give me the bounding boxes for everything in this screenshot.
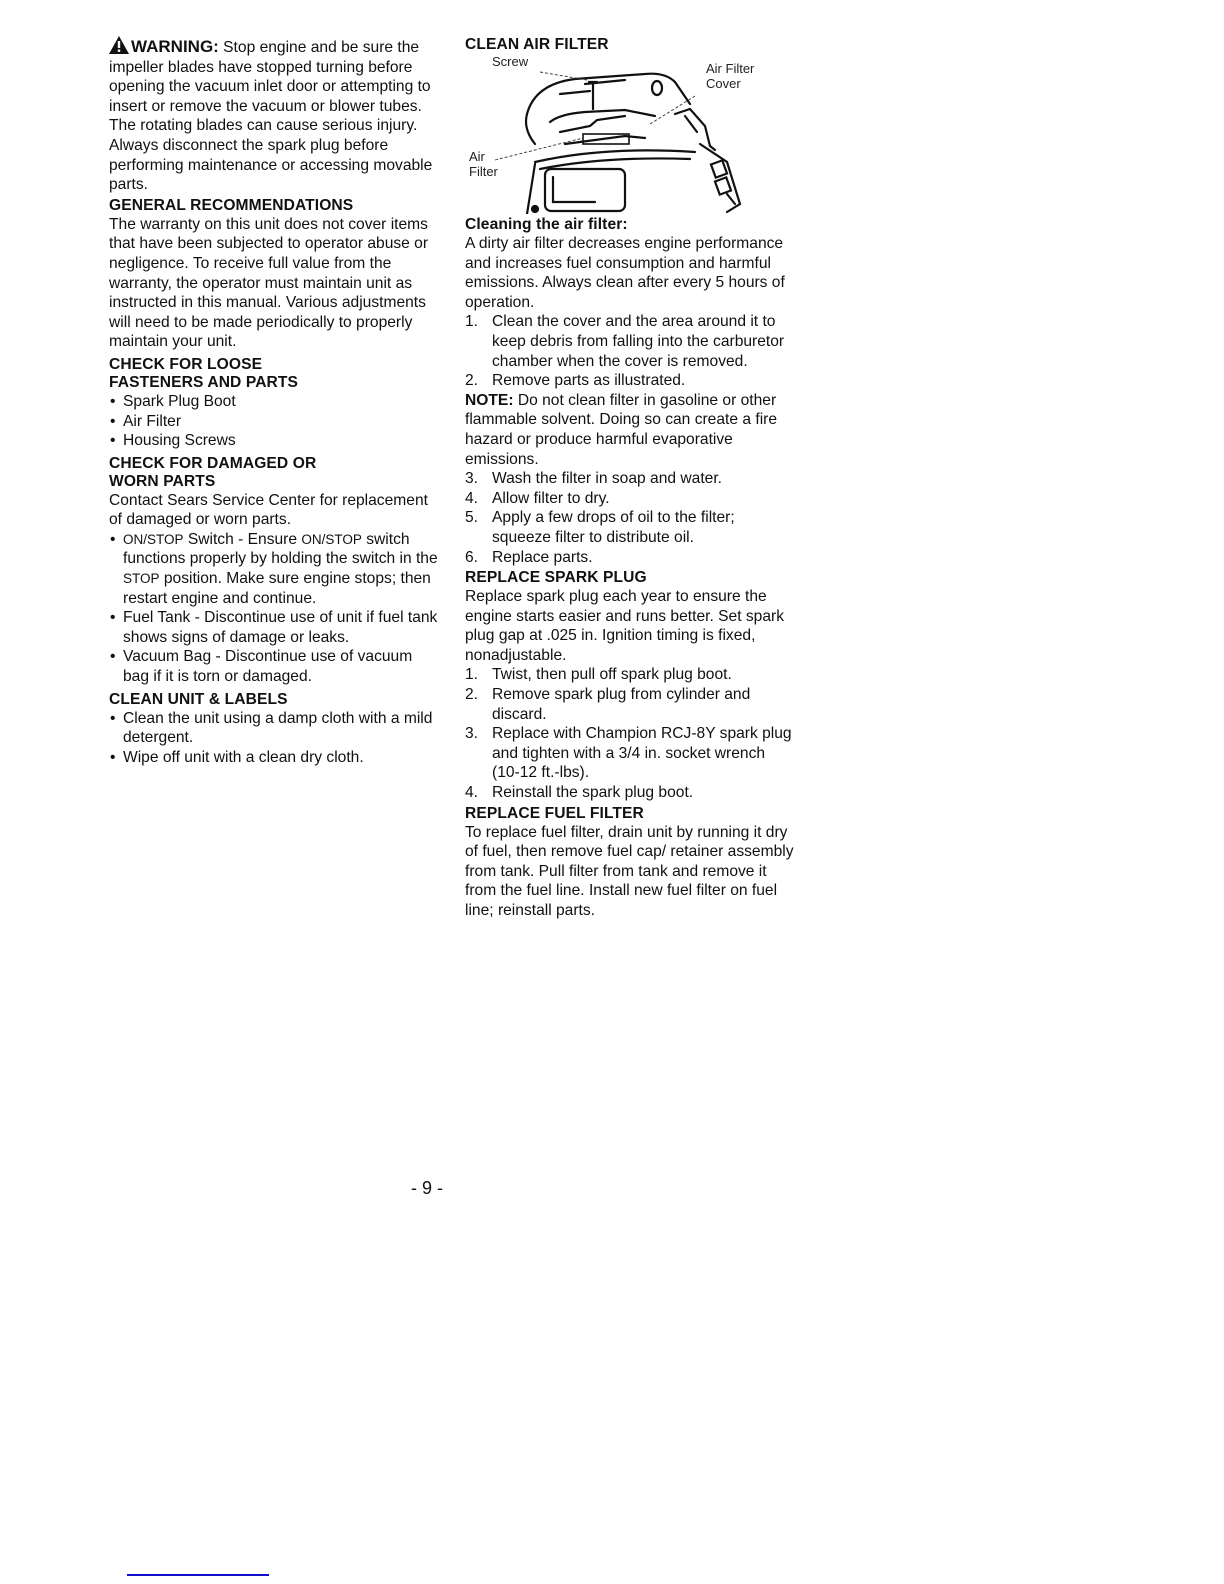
heading-line: CHECK FOR LOOSE [109,356,439,374]
left-column: WARNING: Stop engine and be sure the imp… [109,36,439,767]
label-line: Air Filter [706,61,754,76]
label-line: Cover [706,76,754,91]
step-text: Replace with Champion RCJ-8Y spark plug … [492,725,792,781]
air-filter-illustration: Screw Air Filter Cover Air Filter [465,54,795,214]
damaged-parts-list: ON/STOP Switch - Ensure ON/STOP switch f… [109,530,439,687]
spark-plug-body: Replace spark plug each year to ensure t… [465,587,795,665]
list-item: 4.Reinstall the spark plug boot. [465,783,795,803]
list-item: 2.Remove parts as illustrated. [465,371,795,391]
list-item: ON/STOP Switch - Ensure ON/STOP switch f… [109,530,439,608]
step-text: Twist, then pull off spark plug boot. [492,666,732,683]
step-number: 1. [465,665,478,685]
step-number: 6. [465,548,478,568]
list-item: 2.Remove spark plug from cylinder and di… [465,685,795,724]
list-item: Air Filter [109,412,439,432]
step-number: 3. [465,724,478,744]
link-underline[interactable] [127,1574,269,1576]
step-text: Wash the filter in soap and water. [492,470,722,487]
list-item: Spark Plug Boot [109,392,439,412]
step-number: 4. [465,489,478,509]
right-column: CLEAN AIR FILTER [465,36,795,921]
small-caps-text: ON/STOP [301,532,362,547]
clean-unit-heading: CLEAN UNIT & LABELS [109,691,439,709]
warning-label: WARNING: [131,37,219,56]
list-item: Clean the unit using a damp cloth with a… [109,709,439,748]
step-text: Clean the cover and the area around it t… [492,313,784,369]
clean-unit-list: Clean the unit using a damp cloth with a… [109,709,439,768]
list-item: 4.Allow filter to dry. [465,489,795,509]
step-number: 3. [465,469,478,489]
warning-paragraph: WARNING: Stop engine and be sure the imp… [109,36,439,195]
damaged-parts-heading: CHECK FOR DAMAGED OR WORN PARTS [109,455,439,491]
list-item: 3.Wash the filter in soap and water. [465,469,795,489]
list-item: 1.Twist, then pull off spark plug boot. [465,665,795,685]
item-text: Switch - Ensure [184,531,302,548]
list-item: 6.Replace parts. [465,548,795,568]
small-caps-text: STOP [123,571,160,586]
air-filter-note: NOTE: Do not clean filter in gasoline or… [465,391,795,469]
step-number: 5. [465,508,478,528]
label-line: Air [469,149,498,164]
damaged-parts-body: Contact Sears Service Center for replace… [109,491,439,530]
spark-plug-steps: 1.Twist, then pull off spark plug boot. … [465,665,795,802]
label-line: Filter [469,164,498,179]
list-item: 1.Clean the cover and the area around it… [465,312,795,371]
step-text: Replace parts. [492,549,593,566]
list-item: 3.Replace with Champion RCJ-8Y spark plu… [465,724,795,783]
replace-fuel-filter-heading: REPLACE FUEL FILTER [465,805,795,823]
step-text: Remove parts as illustrated. [492,372,685,389]
loose-fasteners-heading: CHECK FOR LOOSE FASTENERS AND PARTS [109,356,439,392]
loose-fasteners-list: Spark Plug Boot Air Filter Housing Screw… [109,392,439,451]
small-caps-text: ON/STOP [123,532,184,547]
step-number: 2. [465,371,478,391]
step-number: 1. [465,312,478,332]
air-filter-cover-label: Air Filter Cover [706,61,754,91]
step-text: Remove spark plug from cylinder and disc… [492,686,750,723]
step-text: Reinstall the spark plug boot. [492,784,693,801]
heading-line: CHECK FOR DAMAGED OR [109,455,439,473]
cleaning-air-filter-subheading: Cleaning the air filter: [465,216,795,234]
screw-label: Screw [492,54,528,69]
page-number: - 9 - [411,1178,443,1199]
fuel-filter-body: To replace fuel filter, drain unit by ru… [465,823,795,921]
air-filter-steps-b: 3.Wash the filter in soap and water. 4.A… [465,469,795,567]
item-text: position. Make sure engine stops; then r… [123,570,431,607]
list-item: Fuel Tank - Discontinue use of unit if f… [109,608,439,647]
list-item: Housing Screws [109,431,439,451]
clean-air-filter-heading: CLEAN AIR FILTER [465,36,795,54]
heading-line: WORN PARTS [109,473,439,491]
air-filter-steps-a: 1.Clean the cover and the area around it… [465,312,795,390]
air-filter-label: Air Filter [469,149,498,179]
warning-text: Stop engine and be sure the impeller bla… [109,39,432,193]
general-recommendations-heading: GENERAL RECOMMENDATIONS [109,197,439,215]
note-label: NOTE: [465,392,514,409]
list-item: Vacuum Bag - Discontinue use of vacuum b… [109,647,439,686]
list-item: 5.Apply a few drops of oil to the filter… [465,508,795,547]
list-item: Wipe off unit with a clean dry cloth. [109,748,439,768]
warning-triangle-icon [109,36,129,54]
replace-spark-plug-heading: REPLACE SPARK PLUG [465,569,795,587]
general-recommendations-body: The warranty on this unit does not cover… [109,215,439,352]
step-text: Allow filter to dry. [492,490,610,507]
air-filter-body: A dirty air filter decreases engine perf… [465,234,795,312]
step-number: 2. [465,685,478,705]
step-number: 4. [465,783,478,803]
step-text: Apply a few drops of oil to the filter; … [492,509,735,546]
heading-line: FASTENERS AND PARTS [109,374,439,392]
